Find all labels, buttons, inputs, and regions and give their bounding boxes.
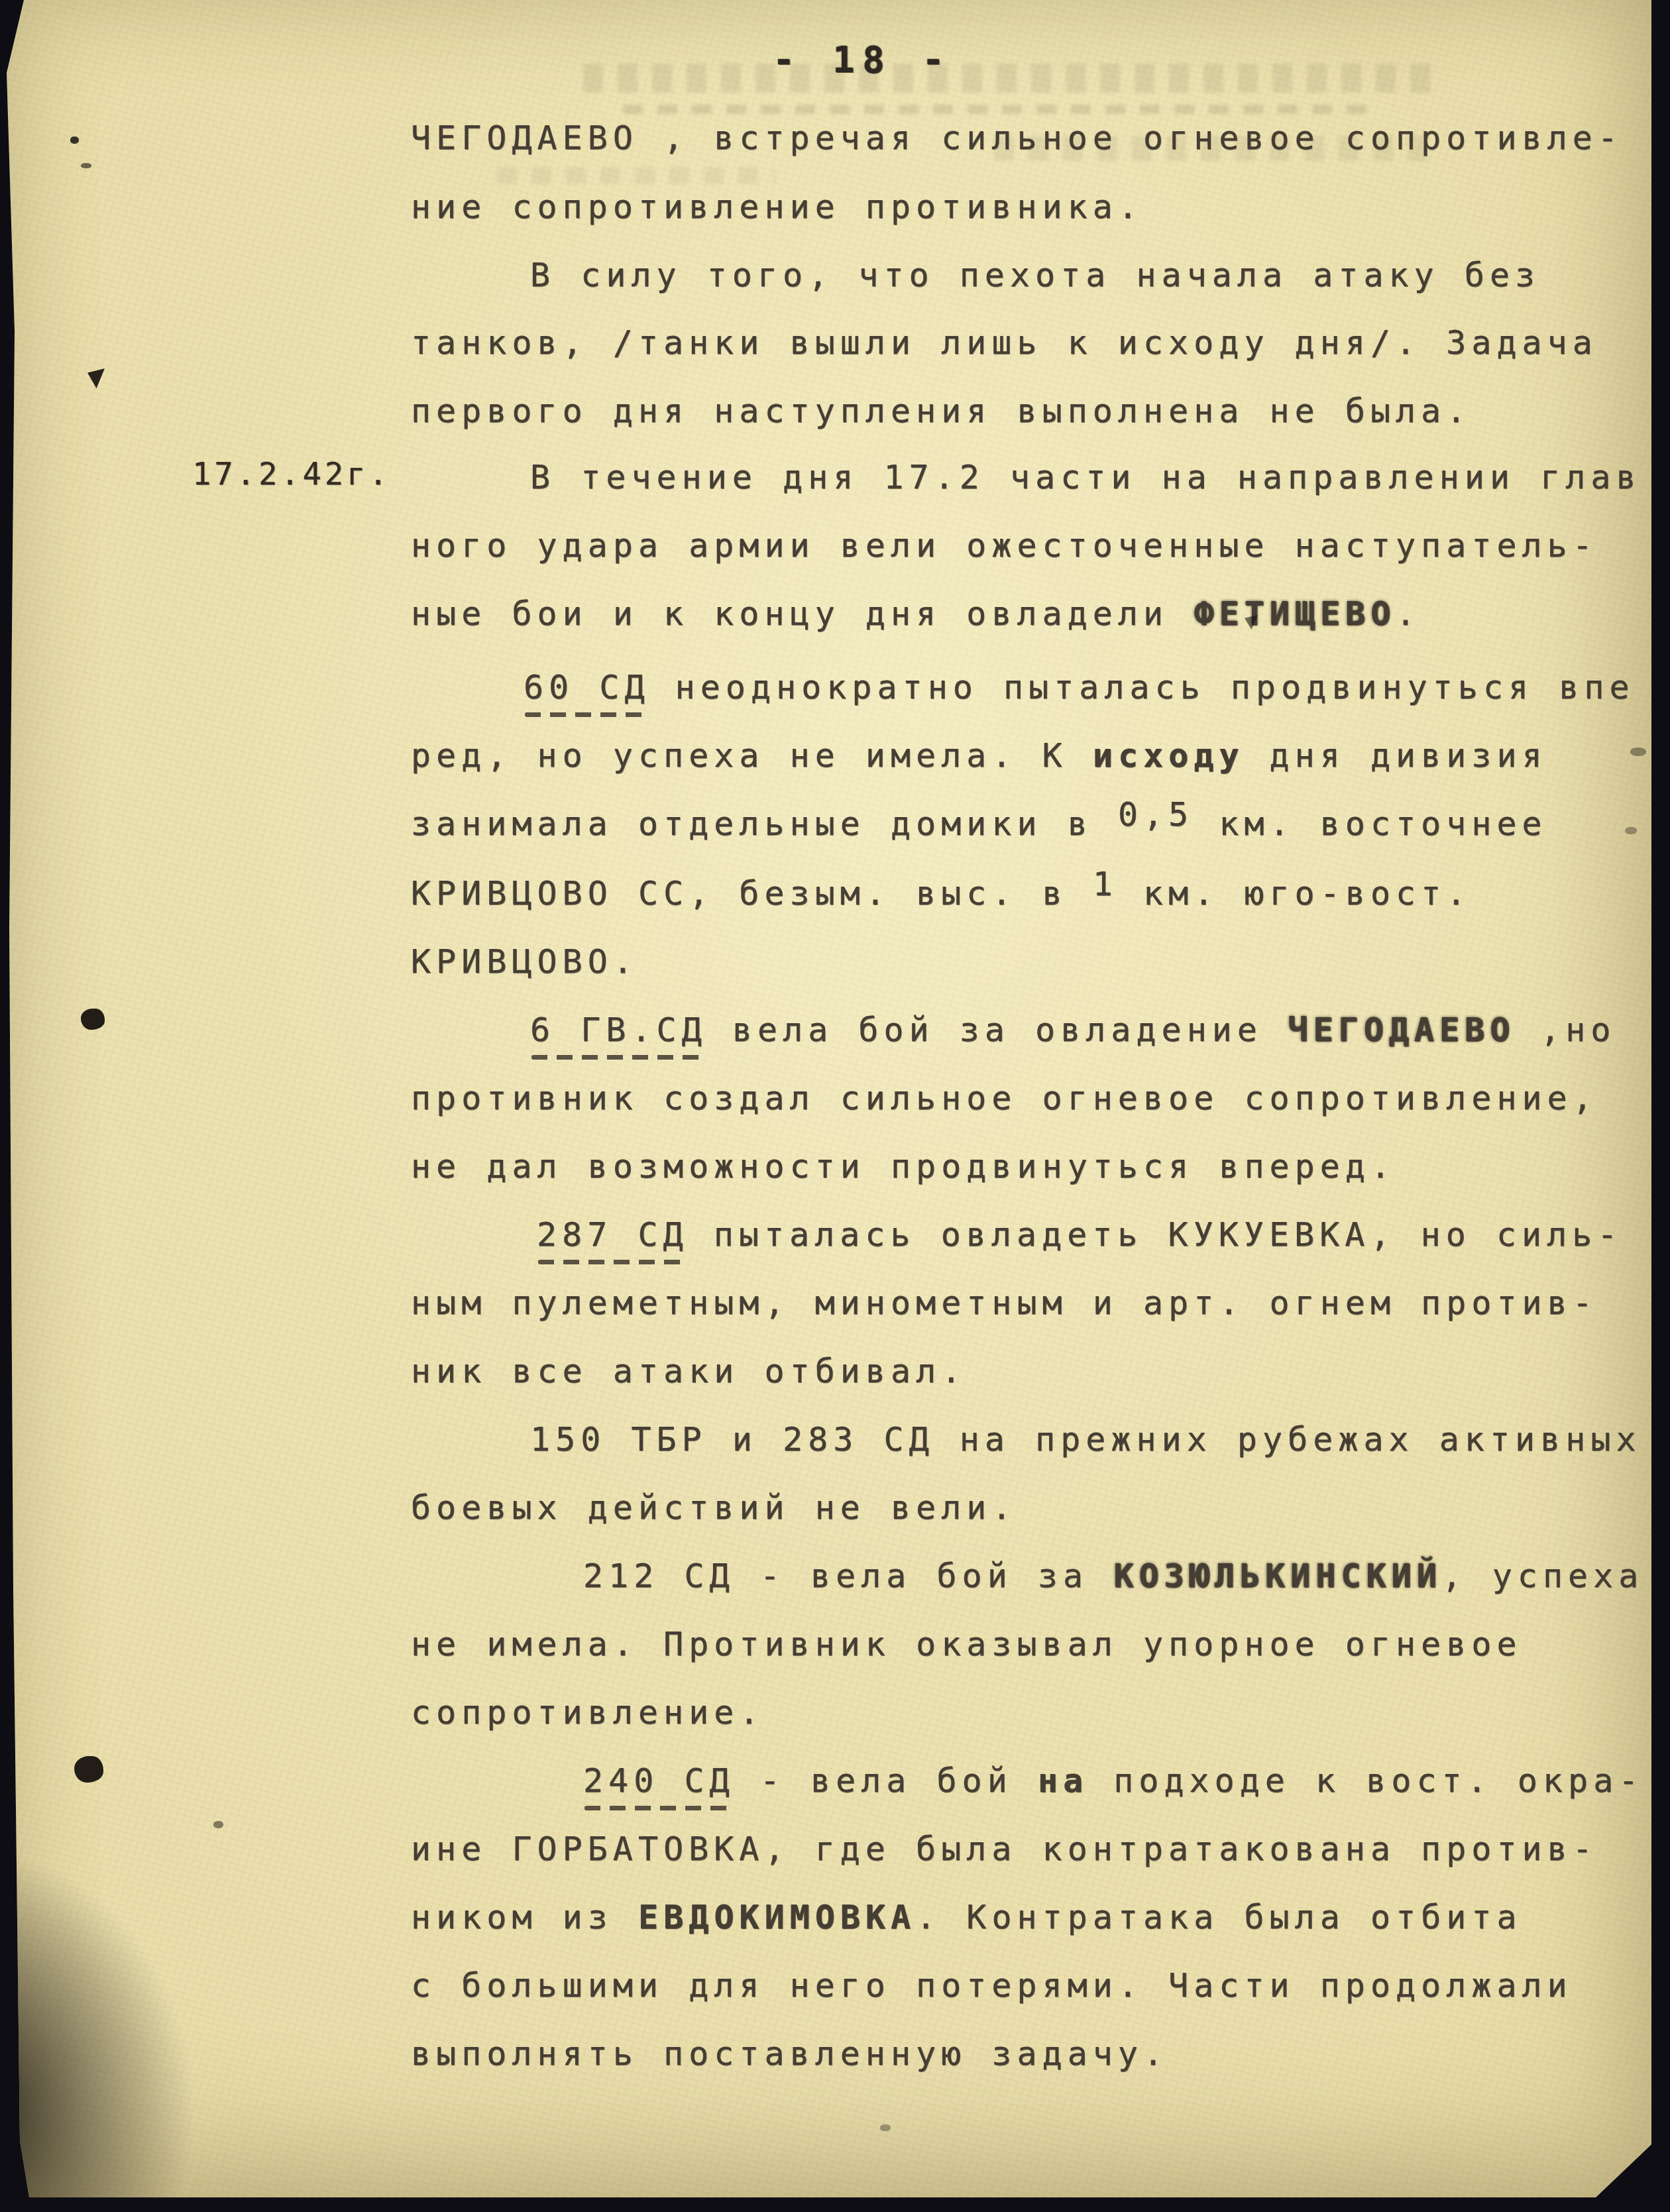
text-segment: км. восточнее bbox=[1194, 804, 1547, 843]
text-segment: ние сопротивление противника. bbox=[411, 188, 1143, 226]
text-segment: 0,5 bbox=[1118, 795, 1194, 834]
unit-designation: 6 ГВ.СД bbox=[530, 1011, 707, 1049]
text-line: противник создал сильное огневое сопроти… bbox=[411, 1078, 1598, 1118]
text-segment: вела бой за овладение bbox=[707, 1011, 1288, 1049]
text-segment: 1 bbox=[1093, 865, 1118, 903]
page-curl-shadow bbox=[7, 1813, 225, 2197]
text-segment: сопротивление. bbox=[411, 1693, 764, 1732]
text-line: 287 СД пыталась овладеть КУКУЕВКА, но си… bbox=[537, 1215, 1622, 1254]
ink-speck bbox=[81, 163, 91, 168]
text-segment: КРИВЦОВО СС, безым. выс. в bbox=[411, 874, 1093, 912]
page-number: - 18 - bbox=[773, 38, 952, 81]
unit-designation: 240 СД bbox=[583, 1761, 735, 1800]
text-segment: дня дивизия bbox=[1244, 736, 1547, 775]
unit-designation: 287 СД bbox=[537, 1215, 689, 1254]
text-line: ного удара армии вели ожесточенные насту… bbox=[411, 525, 1598, 565]
text-line: ником из ЕВДОКИМОВКА. Контратака была от… bbox=[411, 1897, 1522, 1937]
ghost-print-artifact bbox=[583, 64, 1431, 93]
text-line: 212 СД - вела бой за КОЗЮЛЬКИНСКИЙ, успе… bbox=[583, 1556, 1643, 1596]
text-line: выполнять поставленную задачу. bbox=[411, 2034, 1168, 2074]
text-segment: боевых действий не вели. bbox=[411, 1488, 1017, 1527]
text-line: ные бои и к концу дня овладели ФЕТИЩЕВО. bbox=[411, 594, 1421, 634]
text-segment: ные бои и к концу дня овладели bbox=[411, 594, 1194, 633]
ink-speck bbox=[1625, 827, 1637, 834]
text-segment: не дал возможности продвинуться вперед. bbox=[411, 1147, 1396, 1186]
text-segment: 150 ТБР и 283 СД на прежних рубежах акти… bbox=[530, 1420, 1642, 1459]
text-segment: исходу bbox=[1093, 736, 1245, 775]
text-segment: ине ГОРБАТОВКА, где была контратакована … bbox=[411, 1830, 1598, 1868]
text-segment: неоднократно пыталась продвинуться впе bbox=[650, 668, 1635, 706]
text-segment: КОЗЮЛЬКИНСКИЙ bbox=[1113, 1557, 1441, 1595]
text-line: 240 СД - вела бой на подходе к вост. окр… bbox=[583, 1761, 1643, 1800]
text-segment: В силу того, что пехота начала атаку без bbox=[530, 256, 1540, 294]
text-segment: ,но bbox=[1515, 1011, 1616, 1049]
ink-speck bbox=[1630, 747, 1646, 756]
text-segment: ЧЕГОДАЕВО bbox=[1288, 1011, 1515, 1049]
ink-arrow bbox=[87, 368, 105, 388]
ink-speck bbox=[213, 1821, 223, 1828]
text-line: ным пулеметным, минометным и арт. огнем … bbox=[411, 1283, 1598, 1323]
text-line: КРИВЦОВО СС, безым. выс. в 1 км. юго-вос… bbox=[411, 873, 1471, 913]
text-line: В силу того, что пехота начала атаку без bbox=[530, 255, 1540, 295]
ink-speck bbox=[70, 137, 79, 144]
text-line: не имела. Противник оказывал упорное огн… bbox=[411, 1624, 1522, 1664]
ink-speck bbox=[880, 2125, 891, 2131]
text-line: 6 ГВ.СД вела бой за овладение ЧЕГОДАЕВО … bbox=[530, 1010, 1616, 1050]
margin-date: 17.2.42г. bbox=[192, 456, 391, 492]
text-segment: ным пулеметным, минометным и арт. огнем … bbox=[411, 1284, 1598, 1322]
text-line: 60 СД неоднократно пыталась продвинуться… bbox=[524, 667, 1635, 707]
text-segment: , успеха bbox=[1442, 1557, 1644, 1595]
text-segment: ник все атаки отбивал. bbox=[411, 1352, 966, 1390]
text-segment: км. юго-вост. bbox=[1118, 874, 1471, 912]
text-line: ред, но успеха не имела. К исходу дня ди… bbox=[411, 736, 1547, 775]
text-segment: 212 СД - вела бой за bbox=[583, 1557, 1113, 1595]
text-segment: . Контратака была отбита bbox=[916, 1898, 1522, 1936]
text-segment: первого дня наступления выполнена не был… bbox=[411, 392, 1471, 430]
text-segment: - вела бой bbox=[735, 1761, 1038, 1800]
ink-blot bbox=[81, 1009, 105, 1030]
ghost-print-artifact bbox=[623, 105, 1372, 114]
text-segment: ЧЕГОДАЕВО , встречая сильное огневое соп… bbox=[411, 119, 1623, 157]
text-segment: ником из bbox=[411, 1898, 638, 1936]
text-segment: ФЕТИЩЕВО bbox=[1194, 594, 1396, 633]
ink-blot bbox=[74, 1756, 103, 1783]
text-segment: противник создал сильное огневое сопроти… bbox=[411, 1079, 1598, 1117]
text-line: боевых действий не вели. bbox=[411, 1488, 1017, 1527]
text-line: 150 ТБР и 283 СД на прежних рубежах акти… bbox=[530, 1419, 1642, 1459]
text-line: ник все атаки отбивал. bbox=[411, 1351, 966, 1391]
text-segment: пыталась овладеть КУКУЕВКА, но силь- bbox=[689, 1215, 1623, 1254]
text-segment: на bbox=[1038, 1761, 1088, 1800]
text-line: танков, /танки вышли лишь к исходу дня/.… bbox=[411, 323, 1598, 362]
unit-designation: 60 СД bbox=[524, 668, 650, 706]
text-segment: КРИВЦОВО. bbox=[411, 942, 638, 981]
text-line: ине ГОРБАТОВКА, где была контратакована … bbox=[411, 1829, 1598, 1869]
text-segment: занимала отдельные домики в bbox=[411, 804, 1118, 843]
text-segment: выполнять поставленную задачу. bbox=[411, 2034, 1168, 2073]
text-segment: танков, /танки вышли лишь к исходу дня/.… bbox=[411, 323, 1598, 362]
text-line: КРИВЦОВО. bbox=[411, 942, 638, 981]
text-segment: В течение дня 17.2 части на направлении … bbox=[530, 458, 1642, 496]
text-segment: не имела. Противник оказывал упорное огн… bbox=[411, 1625, 1522, 1663]
text-line: ЧЕГОДАЕВО , встречая сильное огневое соп… bbox=[411, 118, 1623, 158]
text-line: занимала отдельные домики в 0,5 км. вост… bbox=[411, 804, 1547, 844]
text-line: первого дня наступления выполнена не был… bbox=[411, 391, 1471, 431]
text-segment: . bbox=[1396, 594, 1421, 633]
text-line: не дал возможности продвинуться вперед. bbox=[411, 1146, 1396, 1186]
text-line: с большими для него потерями. Части прод… bbox=[411, 1965, 1573, 2005]
text-segment: ЕВДОКИМОВКА bbox=[638, 1898, 916, 1936]
text-segment: ред, но успеха не имела. К bbox=[411, 736, 1093, 775]
text-line: сопротивление. bbox=[411, 1692, 764, 1732]
document-page: - 18 - 17.2.42г. ЧЕГОДАЕВО , встречая си… bbox=[7, 0, 1651, 2197]
text-line: ние сопротивление противника. bbox=[411, 187, 1143, 227]
text-segment: ного удара армии вели ожесточенные насту… bbox=[411, 526, 1598, 565]
text-line: В течение дня 17.2 части на направлении … bbox=[530, 457, 1642, 497]
text-segment: с большими для него потерями. Части прод… bbox=[411, 1966, 1573, 2005]
text-segment: подходе к вост. окра- bbox=[1088, 1761, 1643, 1800]
ghost-print-artifact bbox=[497, 167, 775, 184]
